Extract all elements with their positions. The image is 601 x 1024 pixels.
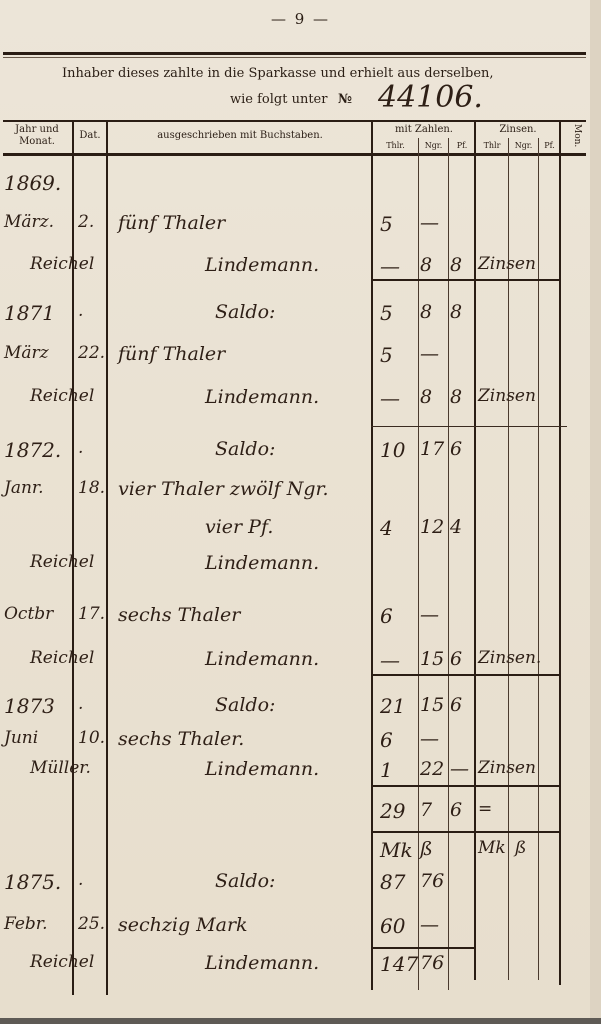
row-text: Saldo: bbox=[215, 301, 275, 323]
vline-pf bbox=[474, 120, 476, 980]
row-thlr: 6 bbox=[380, 604, 393, 628]
row-year: 1871 bbox=[4, 301, 55, 325]
row-pf: 6 bbox=[450, 438, 462, 460]
row-month: Janr. bbox=[4, 478, 44, 498]
row-day: 18. bbox=[78, 478, 105, 498]
row-interest: = bbox=[478, 799, 492, 819]
row-day: 22. bbox=[78, 343, 105, 363]
sum-rule-2 bbox=[371, 426, 567, 427]
row-ngr: 76 bbox=[420, 952, 444, 974]
row-pf: 8 bbox=[450, 254, 462, 276]
row-text: Saldo: bbox=[215, 870, 275, 892]
row-ngr: 15 bbox=[420, 648, 444, 670]
row-interest: Mk bbox=[478, 838, 506, 858]
row-pf: 6 bbox=[450, 648, 462, 670]
header-rule-top bbox=[3, 120, 586, 122]
row-thlr: — bbox=[380, 386, 400, 410]
row-text: Lindemann. bbox=[205, 648, 319, 670]
row-thlr: — bbox=[380, 648, 400, 672]
row-day: 2. bbox=[78, 212, 94, 232]
row-month: Juni bbox=[4, 728, 38, 748]
row-day: 17. bbox=[78, 604, 105, 624]
row-month: Febr. bbox=[4, 914, 47, 934]
row-day: 10. bbox=[78, 728, 105, 748]
col-thlr: Thlr. bbox=[373, 140, 418, 152]
row-ngr: ß bbox=[420, 838, 433, 860]
row-thlr: — bbox=[380, 254, 400, 278]
row-pf: 4 bbox=[450, 516, 462, 538]
top-rule-thin bbox=[3, 57, 586, 58]
col-text: ausgeschrieben mit Buchstaben. bbox=[108, 130, 372, 142]
row-month: Müller. bbox=[30, 758, 91, 778]
row-month: Reichel bbox=[30, 386, 94, 406]
row-ngr: 8 bbox=[420, 301, 432, 323]
row-day: 25. bbox=[78, 914, 105, 934]
vline-i-ngr bbox=[538, 138, 539, 980]
row-text: Lindemann. bbox=[205, 952, 319, 974]
row-interest: Zinsen bbox=[478, 758, 536, 778]
number-symbol: № bbox=[338, 92, 352, 107]
row-month: Reichel bbox=[30, 254, 94, 274]
row-pf: 8 bbox=[450, 301, 462, 323]
vline-text bbox=[371, 120, 373, 990]
vline-ngr bbox=[448, 138, 449, 990]
row-thlr: 5 bbox=[380, 212, 393, 236]
row-thlr: 60 bbox=[380, 914, 405, 938]
row-thlr: 147 bbox=[380, 952, 418, 976]
top-rule bbox=[3, 52, 586, 55]
row-year: 1872. bbox=[4, 438, 61, 462]
header-line-1: Inhaber dieses zahlte in die Sparkasse u… bbox=[62, 66, 494, 81]
row-year: 1869. bbox=[4, 171, 61, 195]
row-interest: Zinsen. bbox=[478, 648, 541, 668]
sum-rule-1 bbox=[371, 279, 559, 281]
sum-rule-6 bbox=[371, 947, 475, 949]
col-date: Dat. bbox=[73, 130, 107, 142]
page-edge bbox=[590, 0, 601, 1024]
row-month: Reichel bbox=[30, 552, 94, 572]
row-text: fünf Thaler bbox=[118, 212, 225, 234]
col-interest-pf: Pf. bbox=[539, 140, 560, 152]
row-thlr: Mk bbox=[380, 838, 413, 862]
row-thlr: 4 bbox=[380, 516, 393, 540]
bottom-edge bbox=[0, 1018, 601, 1024]
row-month: März bbox=[4, 343, 49, 363]
row-text: Lindemann. bbox=[205, 552, 319, 574]
row-text: Lindemann. bbox=[205, 386, 319, 408]
row-thlr: 10 bbox=[380, 438, 405, 462]
row-text: Saldo: bbox=[215, 694, 275, 716]
row-thlr: 87 bbox=[380, 870, 405, 894]
row-text: sechzig Mark bbox=[118, 914, 248, 936]
row-ngr: — bbox=[420, 604, 439, 626]
row-text: vier Thaler zwölf Ngr. bbox=[118, 478, 329, 500]
col-interest: Zinsen. bbox=[476, 124, 560, 136]
page-number: — 9 — bbox=[0, 10, 601, 28]
vline-thlr bbox=[418, 138, 419, 990]
row-pf: 6 bbox=[450, 799, 462, 821]
header-rule-bottom bbox=[3, 153, 586, 156]
row-ngr: 17 bbox=[420, 438, 444, 460]
row-ngr: — bbox=[420, 343, 439, 365]
row-ngr: 8 bbox=[420, 386, 432, 408]
row-text: Lindemann. bbox=[205, 758, 319, 780]
account-number: 44106. bbox=[378, 80, 483, 115]
row-ngr: — bbox=[420, 914, 439, 936]
row-ngr: 12 bbox=[420, 516, 444, 538]
row-text: Saldo: bbox=[215, 438, 275, 460]
row-thlr: 6 bbox=[380, 728, 393, 752]
row-thlr: 21 bbox=[380, 694, 405, 718]
sum-rule-3 bbox=[371, 674, 559, 676]
row-text: vier Pf. bbox=[205, 516, 273, 538]
vline-i-pf bbox=[559, 120, 561, 985]
vline-date bbox=[106, 120, 108, 995]
row-interest: Zinsen bbox=[478, 254, 536, 274]
sum-rule-5 bbox=[371, 831, 559, 833]
col-year-month: Jahr undMonat. bbox=[3, 124, 71, 148]
col-amounts: mit Zahlen. bbox=[373, 124, 475, 136]
col-interest-ngr: Ngr. bbox=[509, 140, 538, 152]
col-pf: Pf. bbox=[449, 140, 475, 152]
sum-rule-4 bbox=[371, 785, 559, 787]
header-line-2: wie folgt unter bbox=[230, 92, 327, 107]
row-ngr: — bbox=[420, 728, 439, 750]
row-year: 1875. bbox=[4, 870, 61, 894]
row-pf: 6 bbox=[450, 694, 462, 716]
row-text: sechs Thaler bbox=[118, 604, 240, 626]
row-pf: 8 bbox=[450, 386, 462, 408]
row-text: fünf Thaler bbox=[118, 343, 225, 365]
row-pf: — bbox=[450, 758, 469, 780]
row-interest: Zinsen bbox=[478, 386, 536, 406]
row-ngr: 8 bbox=[420, 254, 432, 276]
row-ngr: — bbox=[420, 212, 439, 234]
row-thlr: 29 bbox=[380, 799, 405, 823]
row-thlr: 5 bbox=[380, 343, 393, 367]
row-ngr: 76 bbox=[420, 870, 444, 892]
row-interest-ngr: ß bbox=[515, 838, 526, 858]
row-month: Reichel bbox=[30, 952, 94, 972]
row-ngr: 22 bbox=[420, 758, 444, 780]
row-text: Lindemann. bbox=[205, 254, 319, 276]
row-month: Reichel bbox=[30, 648, 94, 668]
row-month: Octbr bbox=[4, 604, 53, 624]
col-mon: Mon. bbox=[572, 124, 582, 147]
row-year: 1873 bbox=[4, 694, 55, 718]
row-thlr: 5 bbox=[380, 301, 393, 325]
row-day: . bbox=[78, 694, 83, 714]
row-day: . bbox=[78, 438, 83, 458]
row-ngr: 7 bbox=[420, 799, 432, 821]
row-ngr: 15 bbox=[420, 694, 444, 716]
row-thlr: 1 bbox=[380, 758, 393, 782]
row-month: März. bbox=[4, 212, 54, 232]
row-day: . bbox=[78, 301, 83, 321]
row-day: . bbox=[78, 870, 83, 890]
col-interest-thlr: Thlr bbox=[476, 140, 508, 152]
row-text: sechs Thaler. bbox=[118, 728, 244, 750]
col-ngr: Ngr. bbox=[419, 140, 448, 152]
